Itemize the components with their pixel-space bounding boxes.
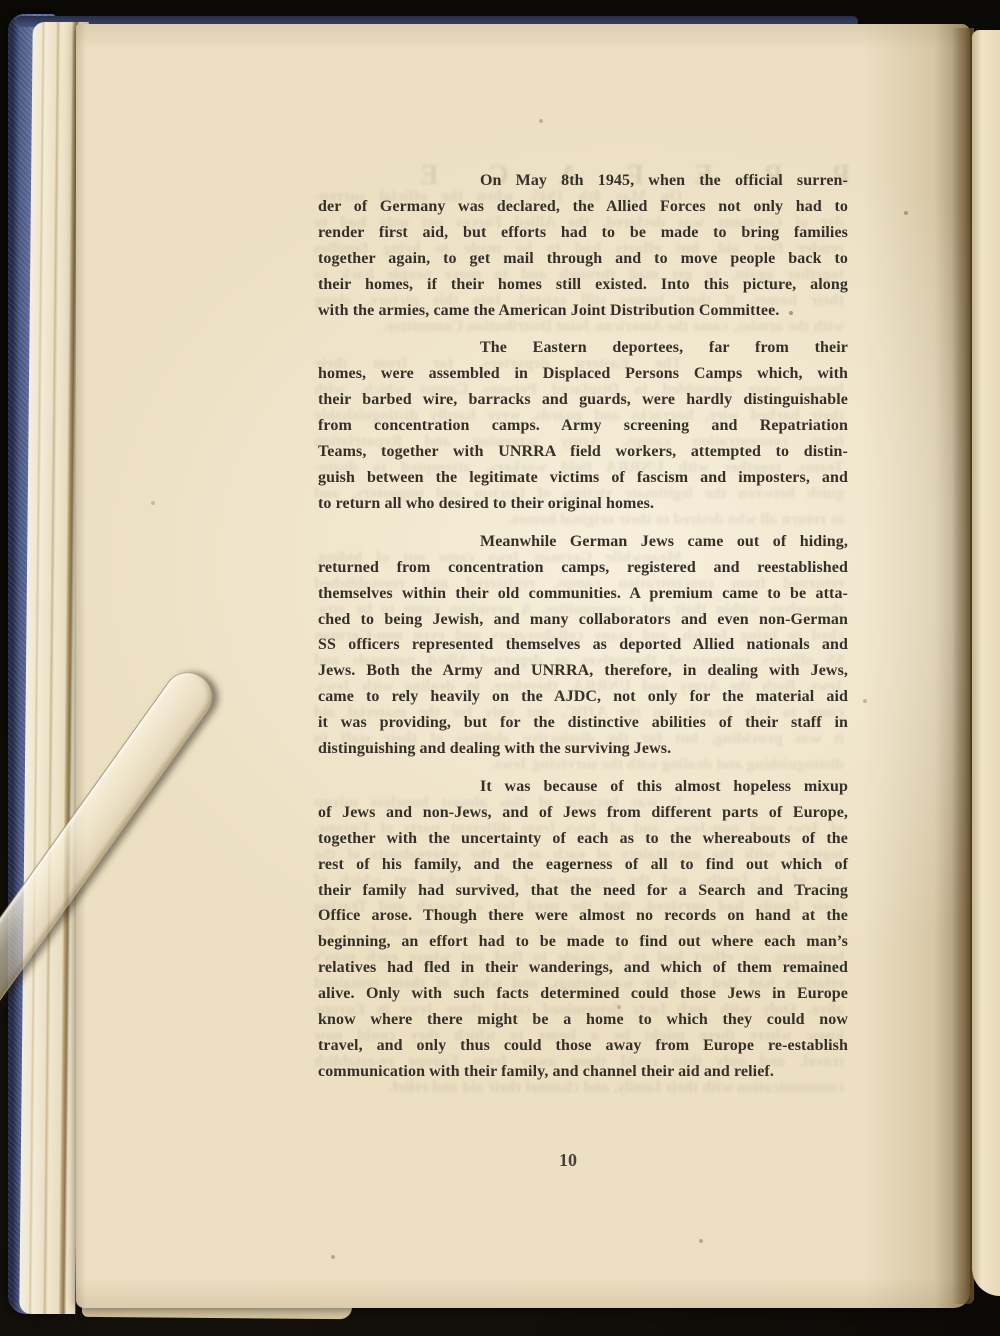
- text-line: Meanwhile German Jews came out of hiding…: [318, 529, 848, 555]
- text-line: their family had survived, that the need…: [318, 878, 848, 904]
- text-line: their homes, if their homes still existe…: [318, 272, 848, 298]
- text-line: know where there might be a home to whic…: [318, 1007, 848, 1033]
- facing-page-sliver: [972, 30, 1000, 1296]
- text-line: alive. Only with such facts determined c…: [318, 981, 848, 1007]
- text-line: The Eastern deportees, far from their: [318, 335, 848, 361]
- paragraph: On May 8th 1945, when the official surre…: [318, 168, 848, 323]
- paragraph: The Eastern deportees, far from their ho…: [318, 335, 848, 516]
- text-line: Office arose. Though there were almost n…: [318, 903, 848, 929]
- text-line: travel, and only thus could those away f…: [318, 1033, 848, 1059]
- text-line: guish between the legitimate victims of …: [318, 465, 848, 491]
- text-line: It was because of this almost hopeless m…: [318, 774, 848, 800]
- paragraph: It was because of this almost hopeless m…: [318, 774, 848, 1085]
- text-line: der of Germany was declared, the Allied …: [318, 194, 848, 220]
- text-line: render first aid, but efforts had to be …: [318, 220, 848, 246]
- text-line: with the armies, came the American Joint…: [318, 298, 848, 324]
- text-line: together with the uncertainty of each as…: [318, 826, 848, 852]
- text-line: it was providing, but for the distinctiv…: [318, 710, 848, 736]
- text-line: Jews. Both the Army and UNRRA, therefore…: [318, 658, 848, 684]
- text-line: their barbed wire, barracks and guards, …: [318, 387, 848, 413]
- gutter-shadow: [952, 28, 974, 1304]
- text-line: of Jews and non-Jews, and of Jews from d…: [318, 800, 848, 826]
- text-line: came to rely heavily on the AJDC, not on…: [318, 684, 848, 710]
- text-line: from concentration camps. Army screening…: [318, 413, 848, 439]
- text-line: to return all who desired to their origi…: [318, 491, 848, 517]
- page-number: 10: [540, 1150, 596, 1171]
- text-line: distinguishing and dealing with the surv…: [318, 736, 848, 762]
- text-line: rest of his family, and the eagerness of…: [318, 852, 848, 878]
- text-line: themselves within their old communities.…: [318, 581, 848, 607]
- text-line: On May 8th 1945, when the official surre…: [318, 168, 848, 194]
- text-line: communication with their family, and cha…: [318, 1059, 848, 1085]
- paragraph: Meanwhile German Jews came out of hiding…: [318, 529, 848, 762]
- text-line: together again, to get mail through and …: [318, 246, 848, 272]
- text-line: ched to being Jewish, and many collabora…: [318, 607, 848, 633]
- text-block: On May 8th 1945, when the official surre…: [318, 168, 848, 1097]
- book-photograph: PREFACE On May 8th 1945, when the offici…: [0, 0, 1000, 1336]
- text-line: beginning, an effort had to be made to f…: [318, 929, 848, 955]
- text-line: Teams, together with UNRRA field workers…: [318, 439, 848, 465]
- text-line: SS officers represented themselves as de…: [318, 632, 848, 658]
- text-line: relatives had fled in their wanderings, …: [318, 955, 848, 981]
- foxing-specks: [0, 0, 2, 2]
- text-line: returned from concentration camps, regis…: [318, 555, 848, 581]
- text-line: homes, were assembled in Displaced Perso…: [318, 361, 848, 387]
